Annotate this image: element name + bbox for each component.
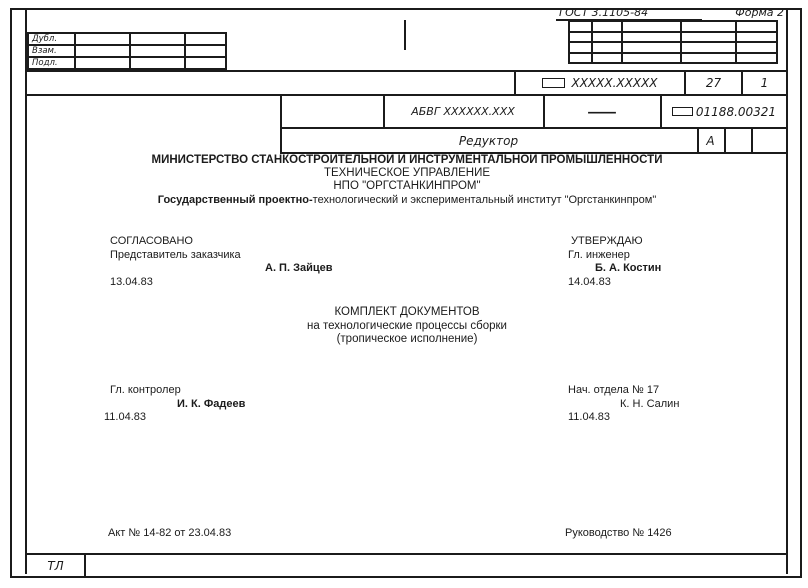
left-margin-line xyxy=(25,8,27,574)
table-row xyxy=(569,42,777,53)
designation-cell: АБВГ XXXXXX.XXX xyxy=(385,96,541,127)
sheets-total-cell: 27 xyxy=(686,72,741,94)
sheet-number-value: 1 xyxy=(761,76,769,90)
institute-name-rest: технологический и экспериментальный инст… xyxy=(313,194,657,206)
table-row xyxy=(569,53,777,64)
gost-standard-label: ГОСТ 3.1105-84 xyxy=(556,6,702,21)
approved-date: 14.04.83 xyxy=(568,276,661,290)
bottom-strip-rule xyxy=(27,553,788,555)
stamp-rule xyxy=(724,127,726,154)
sheets-total-value: 27 xyxy=(706,76,721,90)
approved-role: Гл. инженер xyxy=(568,249,661,263)
document-box-icon xyxy=(542,78,565,88)
table-row: Подл. xyxy=(28,57,226,69)
org-code-cell: 01188.00321 xyxy=(662,96,786,127)
doc-code-cell: ТЛ xyxy=(27,553,84,578)
form-number-label: Форма 2 xyxy=(700,6,784,19)
controller-name: И. К. Фадеев xyxy=(110,398,245,412)
agreed-block: СОГЛАСОВАНО Представитель заказчика А. П… xyxy=(110,235,333,289)
agreed-name: А. П. Зайцев xyxy=(110,262,333,276)
doc-title-line2: на технологические процессы сборки xyxy=(27,320,787,334)
agreed-title: СОГЛАСОВАНО xyxy=(110,235,333,249)
right-inner-line xyxy=(786,8,788,574)
act-reference: Акт № 14-82 от 23.04.83 xyxy=(108,527,231,539)
institute-name-lead: Государственный проектно- xyxy=(158,194,313,206)
file-stamp-cell xyxy=(130,45,185,57)
org-code-value: 01188.00321 xyxy=(696,105,776,119)
agreed-role: Представитель заказчика xyxy=(110,249,333,263)
doc-number-value: XXXXX.XXXXX xyxy=(571,76,657,90)
revision-grid-table xyxy=(568,20,778,64)
stamp-rule xyxy=(751,127,753,154)
dept-head-name: К. Н. Салин xyxy=(568,398,679,412)
file-stamp-cell xyxy=(185,45,226,57)
approved-title: УТВЕРЖДАЮ xyxy=(568,235,661,249)
file-stamp-cell xyxy=(130,33,185,45)
file-stamp-label: Подл. xyxy=(28,57,75,69)
fold-mark xyxy=(404,20,406,50)
agreed-date: 13.04.83 xyxy=(110,276,333,290)
approved-block: УТВЕРЖДАЮ Гл. инженер Б. А. Костин 14.04… xyxy=(568,235,661,289)
file-stamp-cell xyxy=(130,57,185,69)
department-name: ТЕХНИЧЕСКОЕ УПРАВЛЕНИЕ xyxy=(27,167,787,180)
document-box-icon xyxy=(672,107,693,116)
controller-date: 11.04.83 xyxy=(104,411,245,425)
controller-role: Гл. контролер xyxy=(110,384,245,398)
controller-block: Гл. контролер И. К. Фадеев 11.04.83 xyxy=(110,384,245,425)
doc-code-value: ТЛ xyxy=(47,559,63,573)
dept-head-block: Нач. отдела № 17 К. Н. Салин 11.04.83 xyxy=(568,384,679,425)
table-row: Взам. xyxy=(28,45,226,57)
table-row: Дубл. xyxy=(28,33,226,45)
dept-head-date: 11.04.83 xyxy=(568,411,679,425)
document-title-block: КОМПЛЕКТ ДОКУМЕНТОВ на технологические п… xyxy=(27,306,787,347)
file-stamp-cell xyxy=(185,57,226,69)
product-name-cell: Редуктор xyxy=(282,129,695,152)
table-row xyxy=(569,21,777,32)
institute-name: Государственный проектно-технологический… xyxy=(27,194,787,207)
doc-title-line3: (тропическое исполнение) xyxy=(27,333,787,347)
file-stamp-label: Взам. xyxy=(28,45,75,57)
litera-value: А xyxy=(706,134,714,148)
file-stamp-cell xyxy=(75,33,130,45)
file-stamp-cell xyxy=(75,45,130,57)
ministry-name: МИНИСТЕРСТВО СТАНКОСТРОИТЕЛЬНОЙ И ИНСТРУ… xyxy=(27,154,787,167)
organization-header: МИНИСТЕРСТВО СТАНКОСТРОИТЕЛЬНОЙ И ИНСТРУ… xyxy=(27,154,787,207)
approved-name: Б. А. Костин xyxy=(568,262,661,276)
doc-number-cell: XXXXX.XXXXX xyxy=(516,72,684,94)
dash-cell: — xyxy=(545,96,658,127)
dash-value: — xyxy=(586,105,617,119)
sheet-number-cell: 1 xyxy=(743,72,786,94)
file-stamp-label: Дубл. xyxy=(28,33,75,45)
designation-value: АБВГ XXXXXX.XXX xyxy=(411,105,515,118)
file-stamp-table: Дубл. Взам. Подл. xyxy=(27,32,227,70)
doc-title-line1: КОМПЛЕКТ ДОКУМЕНТОВ xyxy=(27,306,787,320)
dept-head-role: Нач. отдела № 17 xyxy=(568,384,679,398)
npo-name: НПО "ОРГСТАНКИНПРОМ" xyxy=(27,180,787,193)
file-stamp-cell xyxy=(75,57,130,69)
bottom-strip-rule xyxy=(84,553,86,576)
table-row xyxy=(569,32,777,43)
manual-reference: Руководство № 1426 xyxy=(565,527,672,539)
litera-cell: А xyxy=(699,129,722,152)
file-stamp-cell xyxy=(185,33,226,45)
product-name-value: Редуктор xyxy=(459,134,518,148)
gost-title-page: ГОСТ 3.1105-84 Форма 2 Дубл. Взам. Подл. xyxy=(0,0,808,588)
